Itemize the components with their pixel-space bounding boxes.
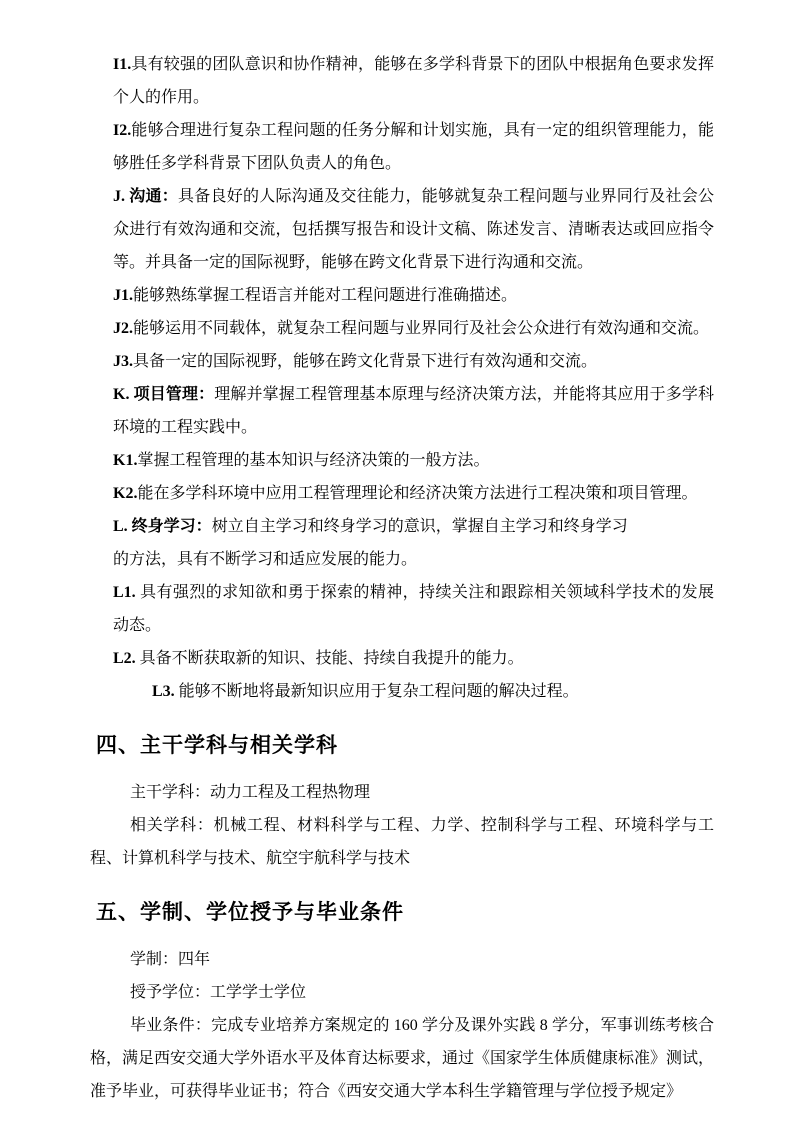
outcome-code-l: L.	[113, 518, 132, 535]
outcome-code-k: K.	[113, 386, 134, 403]
graduation-requirements-paragraph: 毕业条件：完成专业培养方案规定的 160 学分及课外实践 8 学分，军事训练考核…	[90, 1009, 714, 1108]
outcome-code-k1: K1.	[113, 452, 137, 469]
degree-paragraph: 授予学位：工学学士学位	[90, 976, 714, 1009]
outcome-item-i1: I1.具有较强的团队意识和协作精神，能够在多学科背景下的团队中根据角色要求发挥个…	[113, 48, 714, 114]
outcome-item-i2: I2.能够合理进行复杂工程问题的任务分解和计划实施，具有一定的组织管理能力，能够…	[113, 114, 714, 180]
duration-paragraph: 学制：四年	[90, 943, 714, 976]
outcome-code-j: J.	[113, 188, 129, 205]
outcome-text-l3: 能够不断地将最新知识应用于复杂工程问题的解决过程。	[179, 683, 579, 700]
outcome-label-k: 项目管理：	[134, 386, 215, 403]
outcome-code-k2: K2.	[113, 485, 137, 502]
main-discipline-paragraph: 主干学科：动力工程及工程热物理	[90, 776, 714, 809]
outcome-label-l: 终身学习：	[132, 518, 212, 535]
outcome-code-l2: L2.	[113, 650, 140, 667]
outcome-label-j: 沟通：	[129, 188, 178, 205]
outcome-text-j: 具备良好的人际沟通及交往能力，能够就复杂工程问题与业界同行及社会公众进行有效沟通…	[113, 188, 714, 271]
outcome-text-j1: 能够熟练掌握工程语言并能对工程问题进行准确描述。	[133, 287, 517, 304]
outcome-item-l3: L3. 能够不断地将最新知识应用于复杂工程问题的解决过程。	[152, 675, 714, 708]
outcome-item-j1: J1.能够熟练掌握工程语言并能对工程问题进行准确描述。	[113, 279, 714, 312]
outcome-code-l1: L1.	[113, 584, 140, 601]
outcome-code-i1: I1.	[113, 56, 131, 73]
outcome-item-k1: K1.掌握工程管理的基本知识与经济决策的一般方法。	[113, 444, 714, 477]
outcome-text-i1: 具有较强的团队意识和协作精神，能够在多学科背景下的团队中根据角色要求发挥个人的作…	[113, 56, 714, 106]
outcome-text-l1: 具有强烈的求知欲和勇于探索的精神，持续关注和跟踪相关领域科学技术的发展动态。	[113, 584, 714, 634]
outcome-text-j3: 具备一定的国际视野，能够在跨文化背景下进行有效沟通和交流。	[133, 353, 597, 370]
related-disciplines-paragraph: 相关学科：机械工程、材料科学与工程、力学、控制科学与工程、环境科学与工程、计算机…	[90, 809, 714, 875]
outcome-code-j2: J2.	[113, 320, 133, 337]
outcome-code-j1: J1.	[113, 287, 133, 304]
outcome-text-k1: 掌握工程管理的基本知识与经济决策的一般方法。	[137, 452, 489, 469]
outcome-code-i2: I2.	[113, 122, 131, 139]
document-page: I1.具有较强的团队意识和协作精神，能够在多学科背景下的团队中根据角色要求发挥个…	[0, 0, 794, 1123]
outcome-code-j3: J3.	[113, 353, 133, 370]
outcome-code-l3: L3.	[152, 683, 179, 700]
outcome-item-j3: J3.具备一定的国际视野，能够在跨文化背景下进行有效沟通和交流。	[113, 345, 714, 378]
outcome-item-l1: L1. 具有强烈的求知欲和勇于探索的精神，持续关注和跟踪相关领域科学技术的发展动…	[113, 576, 714, 642]
outcome-item-j: J. 沟通：具备良好的人际沟通及交往能力，能够就复杂工程问题与业界同行及社会公众…	[113, 180, 714, 279]
outcome-item-l2: L2. 具备不断获取新的知识、技能、持续自我提升的能力。	[113, 642, 714, 675]
outcome-text-l2: 具备不断获取新的知识、技能、持续自我提升的能力。	[140, 650, 524, 667]
outcome-text-k2: 能在多学科环境中应用工程管理理论和经济决策方法进行工程决策和项目管理。	[137, 485, 697, 502]
outcome-item-k: K. 项目管理：理解并掌握工程管理基本原理与经济决策方法，并能将其应用于多学科环…	[113, 378, 714, 444]
outcome-text-j2: 能够运用不同载体，就复杂工程问题与业界同行及社会公众进行有效沟通和交流。	[133, 320, 709, 337]
section5-heading: 五、学制、学位授予与毕业条件	[96, 899, 714, 927]
outcome-item-j2: J2.能够运用不同载体，就复杂工程问题与业界同行及社会公众进行有效沟通和交流。	[113, 312, 714, 345]
outcome-text-i2: 能够合理进行复杂工程问题的任务分解和计划实施，具有一定的组织管理能力，能够胜任多…	[113, 122, 714, 172]
outcome-item-k2: K2.能在多学科环境中应用工程管理理论和经济决策方法进行工程决策和项目管理。	[113, 477, 714, 510]
section4-heading: 四、主干学科与相关学科	[96, 732, 714, 760]
outcome-item-l: L. 终身学习：树立自主学习和终身学习的意识，掌握自主学习和终身学习 的方法，具…	[113, 510, 714, 576]
